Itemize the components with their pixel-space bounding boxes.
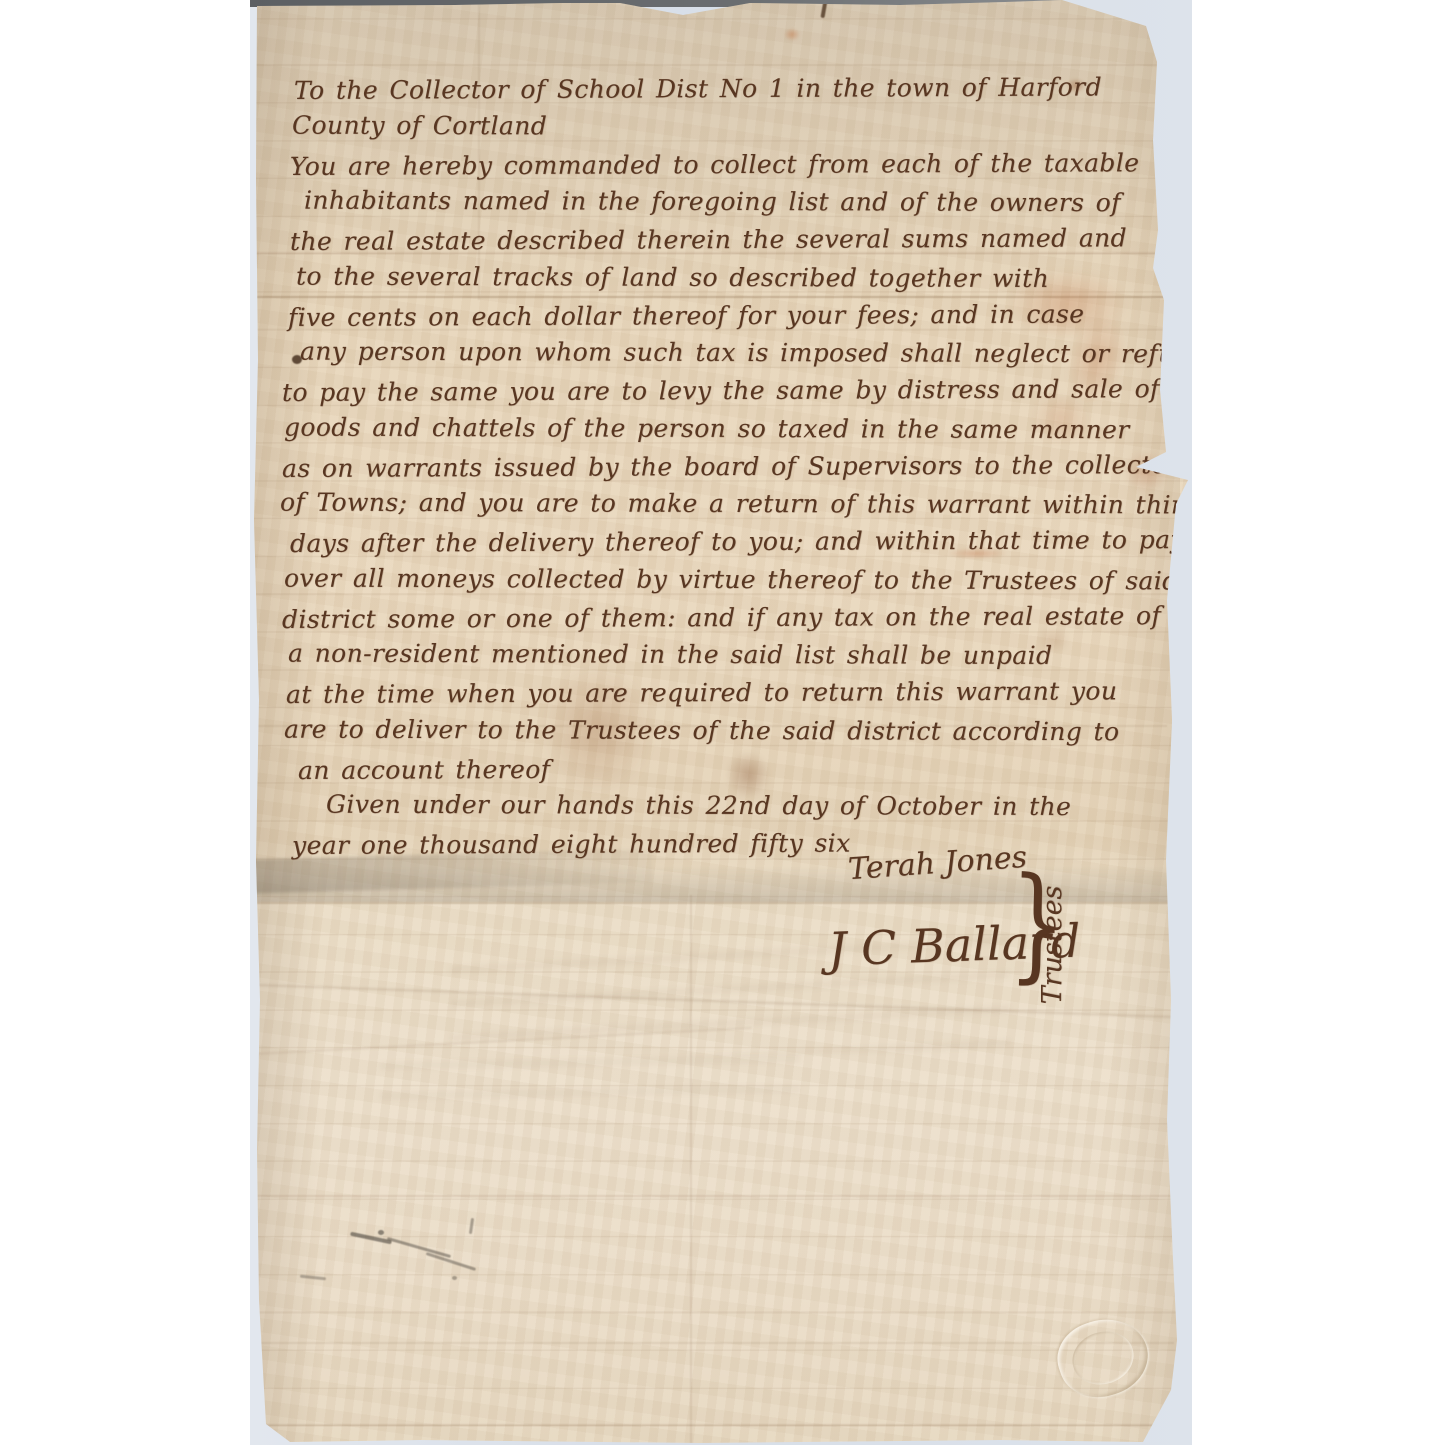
paper-sheet: To the Collector of School Dist No 1 in … <box>0 0 1445 1445</box>
handwritten-line: to the several tracks of land so describ… <box>296 257 1188 298</box>
handwritten-line: goods and chattels of the person so taxe… <box>284 408 1188 449</box>
handwritten-line: Given under our hands this 22nd day of O… <box>326 786 1188 826</box>
scanned-document-photo: To the Collector of School Dist No 1 in … <box>0 0 1445 1445</box>
handwritten-line: a non-resident mentioned in the said lis… <box>288 635 1188 676</box>
handwritten-line: of Towns; and you are to make a return o… <box>280 484 1188 525</box>
fold-crease <box>252 1424 1174 1426</box>
handwritten-line: over all moneys collected by virtue ther… <box>284 559 1188 600</box>
handwritten-line: to pay the same you are to levy the same… <box>282 370 1188 412</box>
handwritten-line: an account thereof <box>298 748 1188 790</box>
handwritten-line: at the time when you are required to ret… <box>286 672 1188 714</box>
fold-crease <box>252 1195 1174 1197</box>
ink-bleed-through <box>380 1040 800 1100</box>
handwritten-line: are to deliver to the Trustees of the sa… <box>284 710 1188 751</box>
handwritten-line: district some or one of them: and if any… <box>282 597 1188 639</box>
handwritten-line: days after the delivery thereof to you; … <box>290 521 1188 563</box>
stain-speck <box>784 28 800 41</box>
handwritten-line: inhabitants named in the foregoing list … <box>304 182 1188 223</box>
handwritten-line: County of Cortland <box>292 106 1188 147</box>
signature-role-trustees: Trustees <box>1037 875 1067 1015</box>
handwritten-line: any person upon whom such tax is imposed… <box>300 333 1188 374</box>
handwritten-line: the real estate described therein the se… <box>290 219 1188 261</box>
letter-body: To the Collector of School Dist No 1 in … <box>288 70 1188 863</box>
pencil-smudge <box>378 1230 384 1235</box>
pencil-smudge <box>452 1276 457 1280</box>
handwritten-line: You are hereby commanded to collect from… <box>290 144 1188 186</box>
fold-crease <box>252 1342 1174 1344</box>
handwritten-line: five cents on each dollar thereof for yo… <box>288 295 1188 337</box>
handwritten-line: To the Collector of School Dist No 1 in … <box>294 68 1188 110</box>
handwritten-line: as on warrants issued by the board of Su… <box>282 446 1188 488</box>
